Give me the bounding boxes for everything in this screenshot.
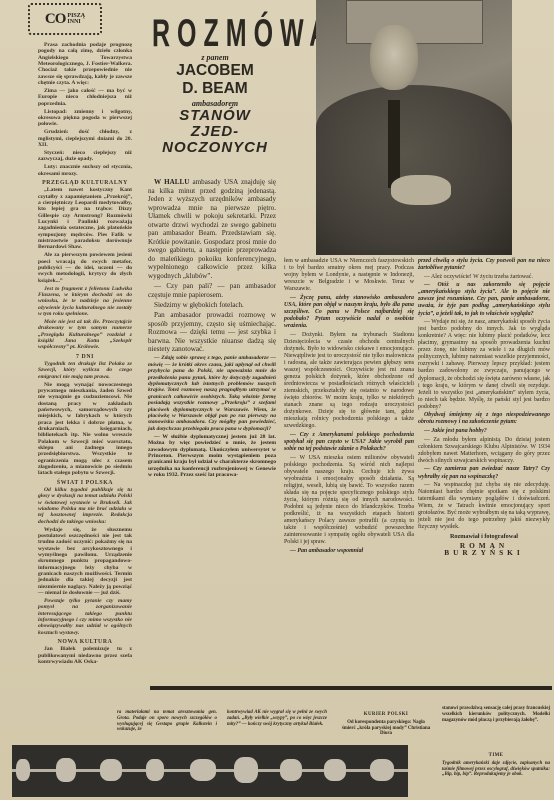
question: — Życzę panu, ażeby stanowisko ambasador… <box>284 295 414 330</box>
section-heading-przeglad: PRZEGLĄD KULTURALNY <box>38 180 132 186</box>
question: — Pan ambasador wspomniał <box>284 548 414 555</box>
weather-item: Styczeń: nieco cieplejszy niż zazwyczaj,… <box>38 150 132 163</box>
paragraph: Wydaje się, że słusznemu postulatowi osz… <box>38 527 132 597</box>
paragraph-italic: Może nie jest aż tak źle. Przeczytajcie … <box>38 319 132 351</box>
weather-item: Listopad: zmienny i wilgotny, okresowa p… <box>38 109 132 128</box>
question: przed chwilą o stylu życia. Czy pozwoli … <box>418 258 550 272</box>
paragraph: Siedzimy w głębokich fotelach. <box>148 301 276 310</box>
question: — Otóż u nas zakorzeniło się pojęcie „am… <box>418 282 550 317</box>
headline-country2: ZJED- <box>152 124 278 140</box>
answer: — Wydaje mi się, że nasz, amerykański sp… <box>418 319 550 411</box>
photo-figure <box>316 85 512 255</box>
headline-country3: NOCZONYCH <box>152 140 278 156</box>
time-block: TIME Tygodnik amerykański daje zdjęcie, … <box>442 753 550 778</box>
paragraph: Ale za pierwszym powiewem jesieni poeci … <box>38 252 132 284</box>
weather-item: Luty: znacznie suchszy od stycznia, okre… <box>38 164 132 177</box>
newspaper-page: CO PISZĄ INNI Prasa zachodnia podaje pro… <box>0 0 554 800</box>
paragraph-italic: Powstaje tylko pytanie czy mamy pomysł n… <box>38 598 132 636</box>
answer: łem w ambasadzie USA w Niemczech faszyst… <box>284 258 414 293</box>
answer: — Za młodu byłem alpinistą. Do dzisiaj j… <box>418 437 550 465</box>
paragraph-italic: Jest to fragment z felietonu Ludwika Fla… <box>38 286 132 318</box>
answer: — W służbie dyplomatycznej jestem już 28… <box>148 434 276 479</box>
paragraph: Nie mogą wynająć nowoczesnego prywatnego… <box>38 382 132 477</box>
weather-item: Grudzień: dość chłodny, z mglistymi, cie… <box>38 129 132 148</box>
paragraph: Pan ambasador prowadzi rozmowę w sposób … <box>148 311 276 354</box>
photo-hands <box>391 175 451 205</box>
answer: — Dożynki. Byłem na trybunach Stadionu D… <box>284 332 414 431</box>
kurier-polski: KURIER POLSKI Od korespondenta paryskieg… <box>340 712 432 737</box>
question: — Jakie jest pana hobby? <box>418 428 550 435</box>
paragraph: „Latem nawet kostyczny Kant czytałby z z… <box>38 187 132 250</box>
time-text: Tygodnik amerykański daje zdjęcie, zapis… <box>442 761 550 778</box>
byline-label: Rozmawiał i fotografował <box>418 533 550 540</box>
time-title: TIME <box>442 753 550 759</box>
article-headline: ROZMÓWA z panem JACOBEM D. BEAM ambasado… <box>152 12 278 156</box>
question: — Zdaję sobie sprawę z tego, panie ambas… <box>148 355 276 432</box>
ambassador-photo <box>316 0 512 255</box>
weather-intro: Prasa zachodnia podaje prognozę pogody n… <box>38 42 132 86</box>
logo-line2: INNI <box>67 19 85 25</box>
answer: — Ależ oczywiście! W życiu trzeba żartow… <box>418 274 550 281</box>
article-column-2: łem w ambasadzie USA w Niemczech faszyst… <box>284 258 414 556</box>
headline-name2: D. BEAM <box>152 80 278 98</box>
weather-item: Zima — jako całość — ma być w Europie ni… <box>38 88 132 107</box>
headline-title: ROZMÓWA <box>152 12 278 74</box>
question: Obydwaj śmiejemy się z tego niespodziewa… <box>418 412 550 426</box>
paragraph-italic: Od kilku tygodni publikuje się tu głosy … <box>38 487 132 525</box>
question: — Czy zamierza pan zwiedzać nasze Tatry?… <box>418 466 550 480</box>
lead-paragraph: W HALLU ambasady USA znajduję się na kil… <box>148 178 276 281</box>
kurier-text: Od korespondenta paryskiego: Nagła śmier… <box>340 720 432 737</box>
section-heading-7dni: 7 DNI <box>38 354 132 360</box>
nowa-kultura-continued-2: kontrwywiad AK nie wygrał się w pełni ze… <box>227 710 327 727</box>
section-heading-nowa-kultura: NOWA KULTURA <box>38 639 132 645</box>
section-heading-swiat: ŚWIAT I POLSKA <box>38 480 132 486</box>
sputnik-oscillograph-image <box>12 745 408 797</box>
co-pisza-inni-logo: CO PISZĄ INNI <box>28 3 102 35</box>
article-column-1: W HALLU ambasady USA znajduję się na kil… <box>148 178 276 480</box>
answer: — Na wspinaczkę już chyba się nie zdecyd… <box>418 482 550 531</box>
logo-co: CO <box>45 11 66 28</box>
nowa-kultura-continued-1: ra materiałami na temat aresztowania gen… <box>117 710 217 733</box>
headline-country1: STANÓW <box>152 108 278 124</box>
kurier-title: KURIER POLSKI <box>340 712 432 718</box>
kurier-continued: stanowi prawdziwą sensację całej prasy f… <box>442 706 550 723</box>
paragraph-italic: Tygodnik ten drukuje list Polaka ze Szwe… <box>38 361 132 380</box>
section-divider <box>150 686 552 690</box>
paragraph: Jan Białek polemizuje tu z publikowanymi… <box>38 646 132 665</box>
article-column-3: przed chwilą o stylu życia. Czy pozwoli … <box>418 258 550 558</box>
question: — Czy z Amerykanami polskiego pochodzeni… <box>284 432 414 453</box>
press-review-column: Prasa zachodnia podaje prognozę pogody n… <box>38 42 132 667</box>
paragraph: — Czy pan pali? — pan ambasador częstuje… <box>148 282 276 299</box>
photo-head <box>370 25 418 90</box>
photo-tie <box>388 100 400 188</box>
answer: — W USA mieszka osiem milionów obywateli… <box>284 455 414 547</box>
byline-author: ROMAN BURZYŃSKI <box>418 542 550 556</box>
